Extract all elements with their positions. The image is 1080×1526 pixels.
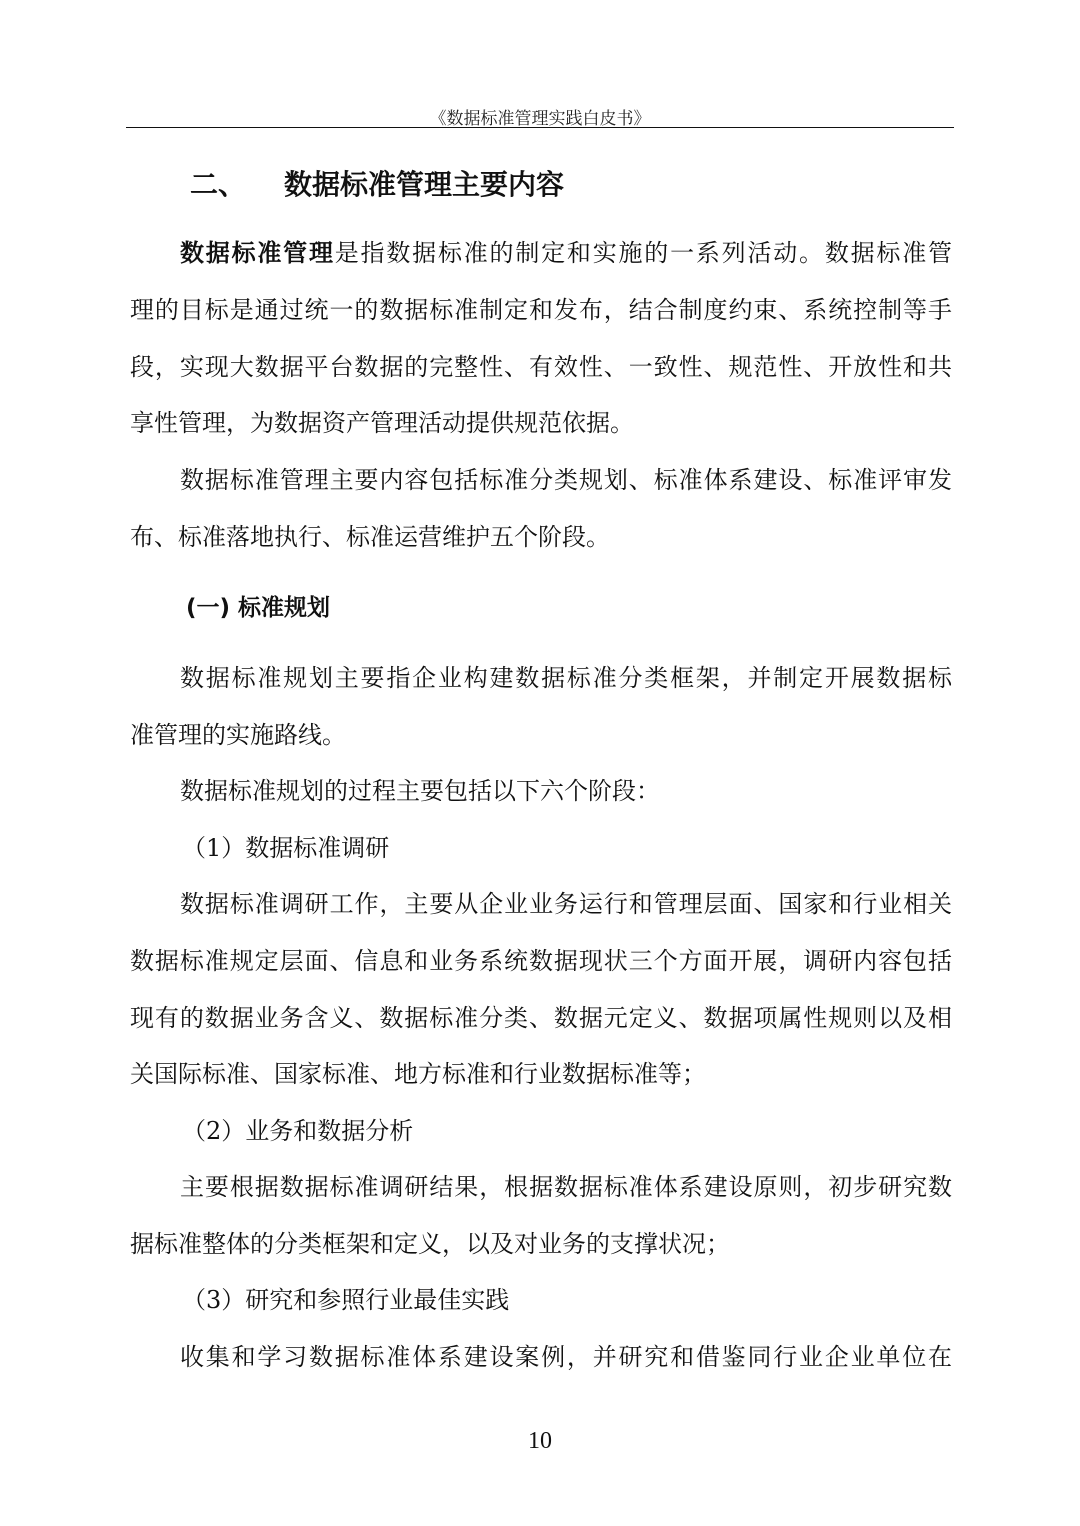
intro-paragraph-line: 段，实现大数据平台数据的完整性、有效性、一致性、规范性、开放性和共 bbox=[130, 352, 952, 382]
item-paragraph-line: 据标准整体的分类框架和定义，以及对业务的支撑状况； bbox=[130, 1229, 952, 1259]
item-paragraph-line: 收集和学习数据标准体系建设案例，并研究和借鉴同行业企业单位在 bbox=[180, 1342, 952, 1372]
header-divider bbox=[126, 127, 954, 128]
overview-paragraph-line: 布、标准落地执行、标准运营维护五个阶段。 bbox=[130, 522, 952, 552]
overview-paragraph-line: 数据标准管理主要内容包括标准分类规划、标准体系建设、标准评审发 bbox=[180, 465, 952, 495]
stages-intro: 数据标准规划的过程主要包括以下六个阶段： bbox=[180, 776, 952, 806]
section-heading: 二、数据标准管理主要内容 bbox=[190, 163, 564, 203]
intro-paragraph-line: 理的目标是通过统一的数据标准制定和发布，结合制度约束、系统控制等手 bbox=[130, 295, 952, 325]
intro-text: 是指数据标准的制定和实施的一系列活动。数据标准管 bbox=[335, 239, 952, 267]
intro-paragraph-line: 数据标准管理是指数据标准的制定和实施的一系列活动。数据标准管 bbox=[180, 238, 952, 268]
item-title: （1）数据标准调研 bbox=[182, 833, 389, 863]
running-header: 《数据标准管理实践白皮书》 bbox=[0, 104, 1080, 129]
planning-paragraph-line: 准管理的实施路线。 bbox=[130, 720, 952, 750]
item-paragraph-line: 数据标准规定层面、信息和业务系统数据现状三个方面开展，调研内容包括 bbox=[130, 946, 952, 976]
item-paragraph-line: 关国际标准、国家标准、地方标准和行业数据标准等； bbox=[130, 1059, 952, 1089]
intro-term: 数据标准管理 bbox=[180, 239, 335, 267]
page-number: 10 bbox=[0, 1428, 1080, 1455]
item-paragraph-line: 现有的数据业务含义、数据标准分类、数据元定义、数据项属性规则以及相 bbox=[130, 1003, 952, 1033]
item-paragraph-line: 数据标准调研工作，主要从企业业务运行和管理层面、国家和行业相关 bbox=[180, 889, 952, 919]
section-number: 二、 bbox=[190, 163, 284, 203]
subsection-heading: (一) 标准规划 bbox=[186, 589, 330, 622]
item-title: （2）业务和数据分析 bbox=[182, 1116, 413, 1146]
item-paragraph-line: 主要根据数据标准调研结果，根据数据标准体系建设原则，初步研究数 bbox=[180, 1172, 952, 1202]
planning-paragraph-line: 数据标准规划主要指企业构建数据标准分类框架，并制定开展数据标 bbox=[180, 663, 952, 693]
section-title: 数据标准管理主要内容 bbox=[284, 168, 564, 201]
intro-paragraph-line: 享性管理，为数据资产管理活动提供规范依据。 bbox=[130, 408, 952, 438]
item-title: （3）研究和参照行业最佳实践 bbox=[182, 1285, 509, 1315]
